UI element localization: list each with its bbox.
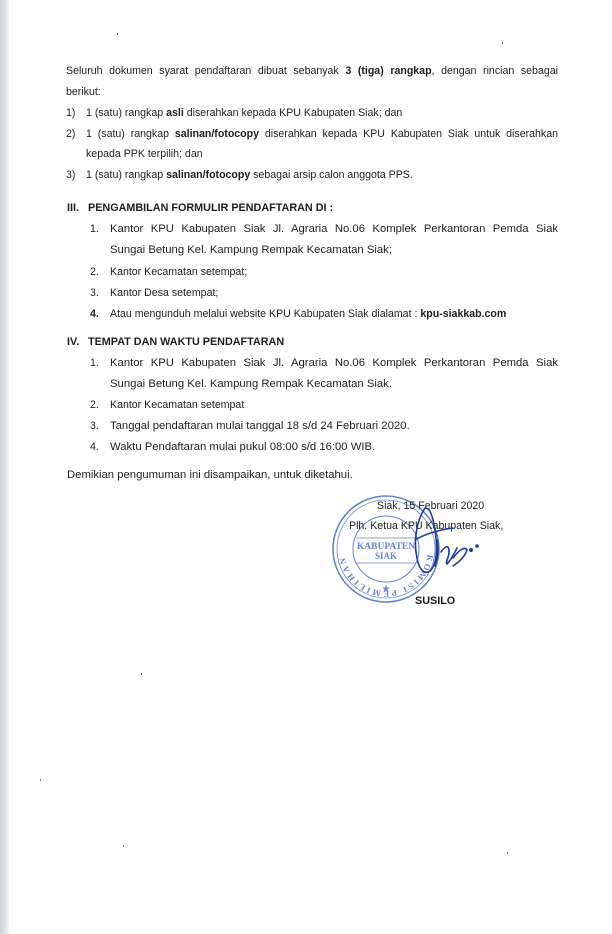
item-text: diserahkan kepada KPU Kabupaten Siak; da…	[184, 107, 403, 119]
svg-text:★: ★	[382, 584, 391, 595]
scan-speck	[40, 779, 41, 781]
scan-speck	[123, 845, 124, 847]
item-bold: asli	[166, 107, 184, 119]
scan-speck	[507, 852, 508, 854]
list-number: 4.	[90, 440, 99, 454]
document-page: Seluruh dokumen syarat pendaftaran dibua…	[0, 0, 612, 934]
section-4-number: IV.	[67, 335, 79, 349]
list-item: 1 (satu) rangkap salinan/fotocopy sebaga…	[86, 168, 413, 182]
list-item: Kantor KPU Kabupaten Siak Jl. Agraria No…	[110, 222, 558, 236]
item-text: Atau mengunduh melalui website KPU Kabup…	[110, 308, 420, 320]
scan-speck	[502, 42, 503, 44]
scan-speck	[141, 673, 142, 675]
item-text: 1 (satu) rangkap	[86, 169, 166, 181]
website-link[interactable]: kpu-siakkab.com	[420, 308, 506, 320]
list-item: Kantor Kecamatan setempat	[110, 398, 244, 412]
section-4-title: TEMPAT DAN WAKTU PENDAFTARAN	[88, 335, 284, 349]
signatory-name: SUSILO	[415, 594, 455, 608]
list-number: 3.	[90, 419, 99, 433]
list-number: 1.	[90, 356, 99, 370]
intro-text: Seluruh dokumen syarat pendaftaran dibua…	[66, 65, 345, 77]
closing-statement: Demikian pengumuman ini disampaikan, unt…	[67, 468, 353, 482]
list-item: Tanggal pendaftaran mulai tanggal 18 s/d…	[110, 419, 410, 433]
item-bold: salinan/fotocopy	[166, 169, 250, 181]
list-item-continuation: Sungai Betung Kel. Kampung Rempak Kecama…	[110, 377, 392, 391]
list-item: Kantor KPU Kabupaten Siak Jl. Agraria No…	[110, 356, 558, 370]
intro-line-2: berikut:	[66, 85, 101, 99]
list-item: Kantor Kecamatan setempat;	[110, 265, 247, 279]
item-bold: salinan/fotocopy	[175, 128, 259, 140]
list-number: 3)	[66, 168, 75, 182]
list-number: 1)	[66, 106, 75, 120]
list-number: 3.	[90, 286, 99, 300]
list-item-continuation: Sungai Betung Kel. Kampung Rempak Kecama…	[110, 243, 392, 257]
section-3-number: III.	[67, 201, 79, 215]
list-item: Atau mengunduh melalui website KPU Kabup…	[110, 307, 506, 321]
list-item: 1 (satu) rangkap salinan/fotocopy disera…	[86, 127, 558, 141]
list-item: Kantor Desa setempat;	[110, 286, 218, 300]
list-number: 4.	[90, 307, 99, 321]
scan-speck	[117, 33, 118, 35]
intro-bold: 3 (tiga) rangkap	[345, 65, 431, 77]
list-item: Waktu Pendaftaran mulai pukul 08:00 s/d …	[110, 440, 375, 454]
list-number: 2.	[90, 398, 99, 412]
list-number: 2)	[66, 127, 75, 141]
list-number: 2.	[90, 265, 99, 279]
list-item-continuation: kepada PPK terpilih; dan	[86, 147, 203, 161]
intro-text-end: , dengan rincian sebagai	[432, 65, 558, 77]
item-text: diserahkan kepada KPU Kabupaten Siak unt…	[259, 128, 558, 140]
intro-line-1: Seluruh dokumen syarat pendaftaran dibua…	[66, 64, 558, 78]
item-text: 1 (satu) rangkap	[86, 128, 175, 140]
list-number: 1.	[90, 222, 99, 236]
list-item: 1 (satu) rangkap asli diserahkan kepada …	[86, 106, 402, 120]
handwritten-signature-icon	[395, 500, 485, 580]
svg-text:SIAK: SIAK	[375, 551, 397, 561]
section-3-title: PENGAMBILAN FORMULIR PENDAFTARAN DI :	[88, 201, 333, 215]
item-text: sebagai arsip calon anggota PPS.	[250, 169, 413, 181]
item-text: 1 (satu) rangkap	[86, 107, 166, 119]
